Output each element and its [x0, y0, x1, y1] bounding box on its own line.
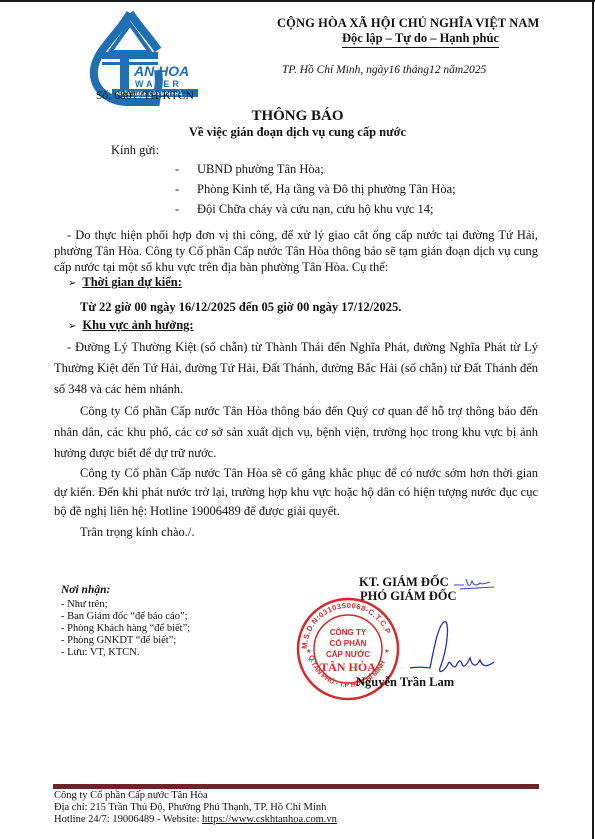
arrow-bullet-icon: ➢ [68, 278, 76, 289]
affected-area: - Đường Lý Thường Kiệt (số chẵn) từ Thàn… [54, 337, 538, 400]
signer-name: Nguyễn Trần Lam [356, 675, 454, 690]
list-dash: - [175, 182, 179, 197]
document-title: THÔNG BÁO [0, 108, 595, 125]
svg-text:TÂN HÒA: TÂN HÒA [320, 660, 376, 674]
signature-title-1: KT. GIÁM ĐỐC [359, 575, 449, 590]
footer-company: Công ty Cổ phần Cấp nước Tân Hòa [54, 790, 208, 801]
notify-paragraph: Công ty Cổ phần Cấp nước Tân Hòa thông b… [54, 401, 538, 464]
list-dash: - [175, 202, 179, 217]
section-area-heading: ➢Khu vực ảnh hưởng: [68, 318, 194, 333]
svg-text:★: ★ [384, 648, 389, 655]
intro-paragraph: - Do thực hiện phối hợp đơn vị thi công,… [54, 227, 538, 275]
footer-contact: Hotline 24/7: 19006489 - Website: https:… [54, 814, 337, 825]
closing-line: Trân trọng kính chào./. [80, 525, 194, 540]
handwritten-signature-icon [410, 618, 510, 678]
dateline: TP. Hồ Chí Minh, ngày16 tháng12 năm2025 [282, 64, 486, 76]
svg-text:★: ★ [306, 648, 311, 655]
national-motto: Độc lập – Tự do – Hạnh phúc [342, 31, 499, 48]
distribution-item: - Lưu: VT, KTCN. [61, 647, 140, 658]
footer-address: Địa chỉ: 215 Trần Thủ Độ, Phường Phú Thạ… [54, 802, 326, 813]
national-title: CỘNG HÒA XÃ HỘI CHỦ NGHĨA VIỆT NAM [277, 16, 539, 31]
distribution-item: - Phòng Khách hàng “để biết”; [61, 623, 190, 634]
distribution-item: - Phòng GNKDT “để biết”; [61, 635, 176, 646]
document-subject: Về việc gián đoạn dịch vụ cung cấp nước [0, 125, 595, 140]
distribution-item: - Ban Giám đốc “để báo cáo”; [61, 611, 188, 622]
page-frame-top [0, 0, 595, 2]
svg-text:CẤP NƯỚC: CẤP NƯỚC [326, 649, 370, 659]
distribution-label: Nơi nhận: [61, 584, 110, 596]
restore-paragraph: Công ty Cổ phần Cấp nước Tân Hòa sẽ cố g… [54, 464, 538, 521]
document-number: Số: 6801 /TH-KTCN [96, 90, 194, 102]
svg-text:AN HOA: AN HOA [133, 63, 189, 79]
svg-text:WATER: WATER [135, 79, 182, 89]
distribution-item: - Như trên; [61, 599, 108, 610]
svg-text:CÔNG TY: CÔNG TY [330, 628, 367, 637]
section-time-heading: ➢Thời gian dự kiến: [68, 275, 182, 290]
list-dash: - [175, 162, 179, 177]
interruption-time: Từ 22 giờ 00 ngày 16/12/2025 đến 05 giờ … [80, 300, 401, 315]
initial-signature-icon [450, 573, 500, 593]
website-link[interactable]: https://www.cskhtanhoa.com.vn [202, 814, 337, 825]
svg-text:CỔ PHẦN: CỔ PHẦN [330, 638, 367, 648]
recipients-label: Kính gửi: [111, 143, 159, 158]
footer-rule [53, 784, 539, 789]
arrow-bullet-icon: ➢ [68, 321, 76, 332]
